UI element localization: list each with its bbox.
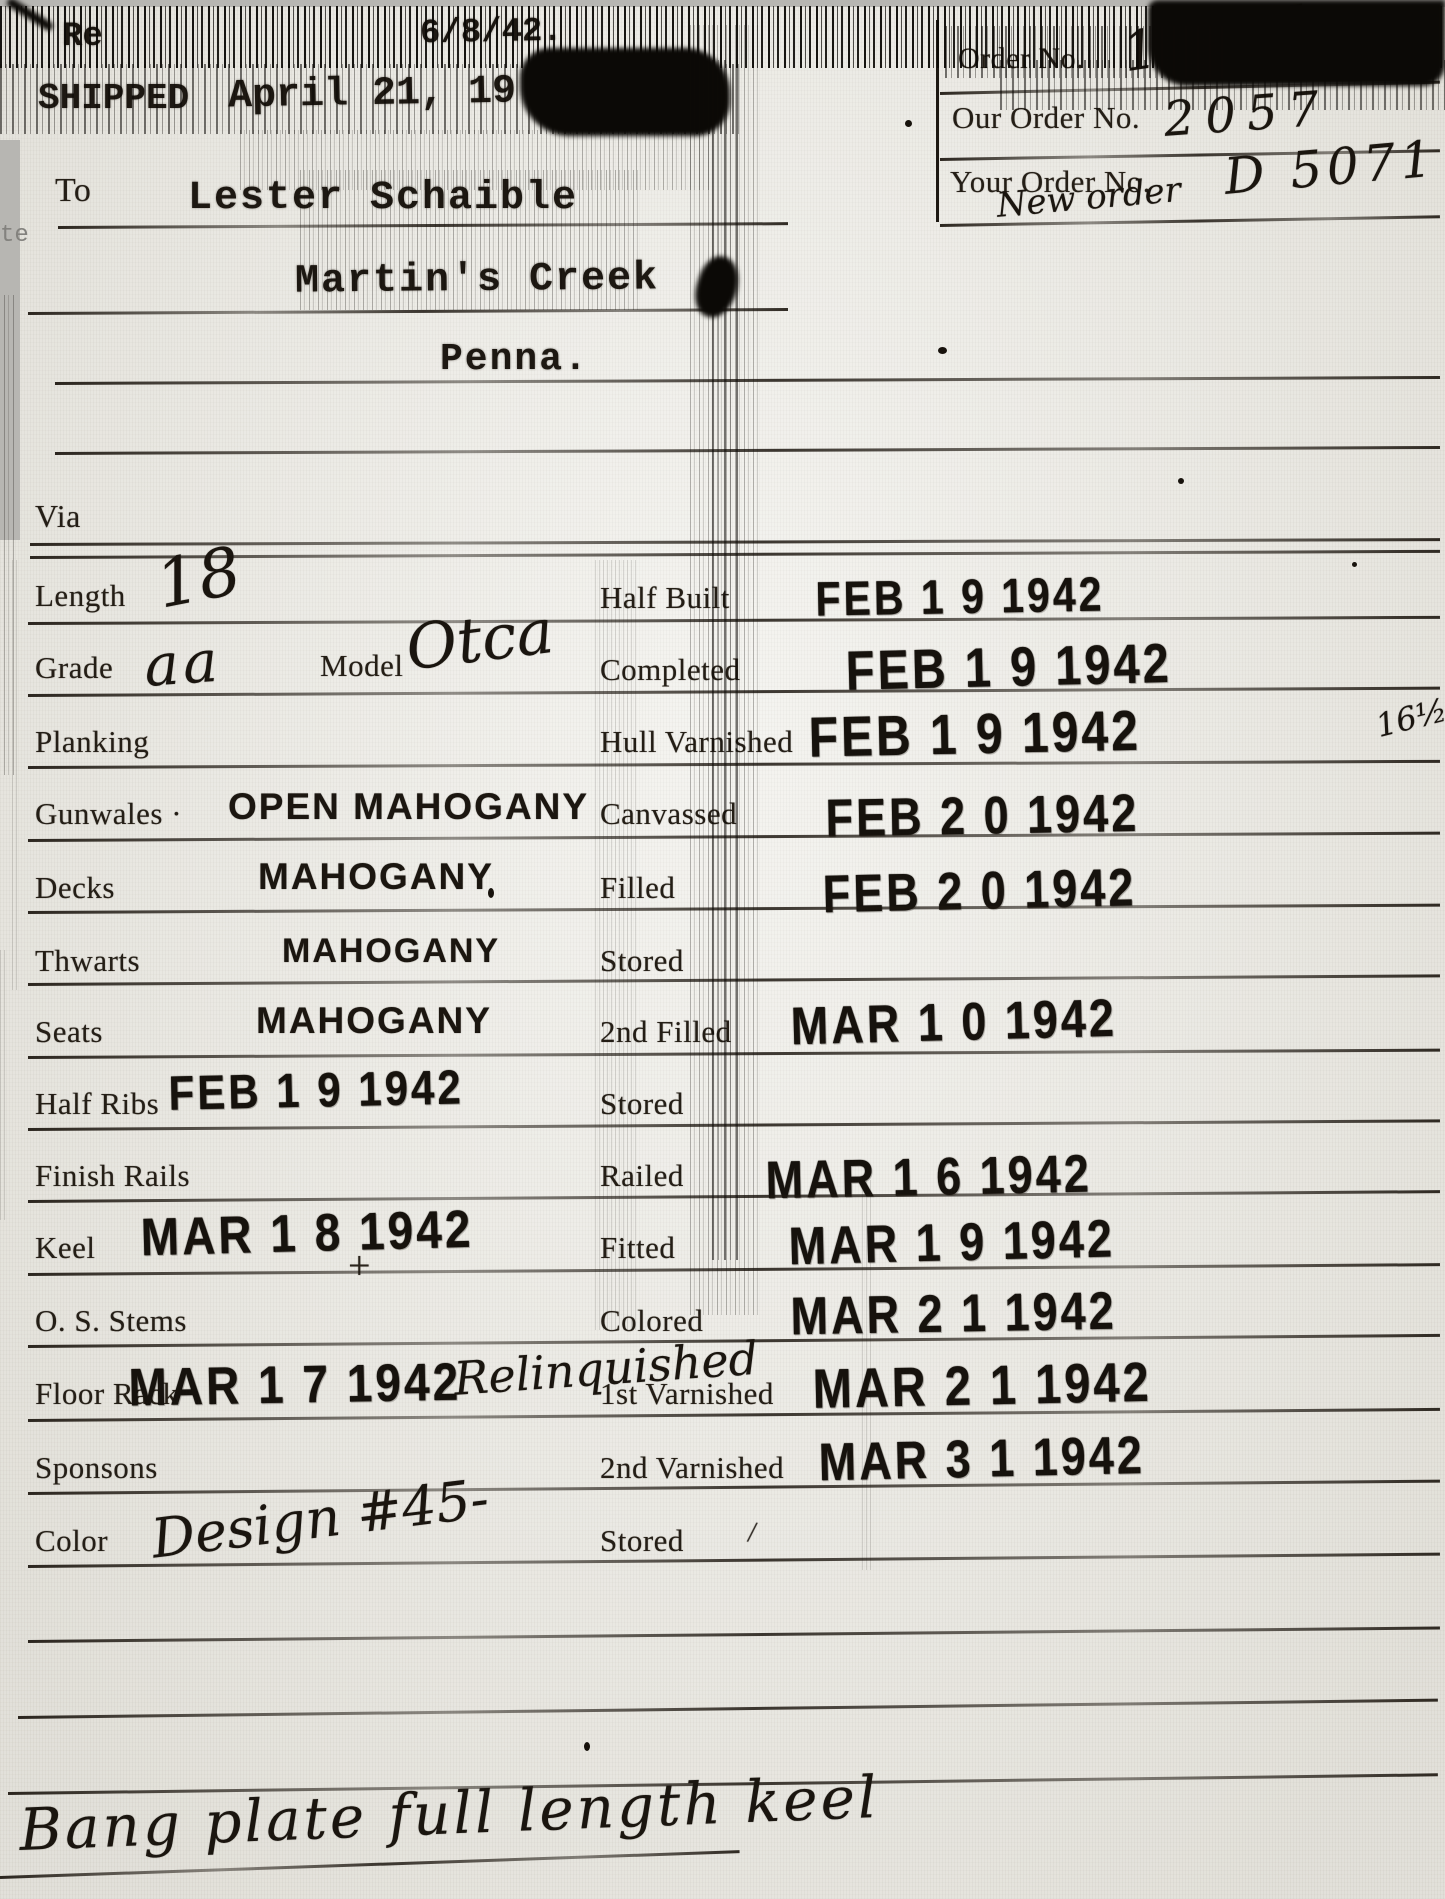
left-edge-streaks-2: [12, 560, 20, 990]
left-edge-streaks-3: [0, 950, 8, 1220]
half-ribs-label: Half Ribs: [35, 1086, 159, 1122]
second-filled-stamp: MAR 1 0 1942: [790, 987, 1118, 1057]
color-value: Design #45-: [148, 1467, 492, 1571]
blank-line-3: [18, 1699, 1438, 1719]
hull-varnished-handwriting: 16½: [1372, 691, 1445, 745]
model-value: Otca: [402, 594, 557, 684]
seats-label: Seats: [35, 1014, 103, 1050]
keel-stamp: MAR 1 8 1942: [140, 1197, 474, 1268]
sponsons-label: Sponsons: [35, 1450, 158, 1486]
toner-smudge-upper-mid: [300, 170, 640, 310]
canvassed-stamp: FEB 2 0 1942: [825, 783, 1140, 850]
filled-stamp: FEB 2 0 1942: [822, 857, 1137, 925]
first-varnished-label: 1st Varnished: [600, 1376, 774, 1412]
stored-tick-mark: /: [746, 1516, 759, 1551]
half-ribs-stamp: FEB 1 9 1942: [168, 1060, 464, 1121]
length-value: 18: [150, 532, 247, 624]
gunwales-value: OPEN MAHOGANY: [228, 786, 589, 828]
background-text-fragment: te: [0, 222, 29, 249]
seats-value: MAHOGANY: [256, 1000, 492, 1042]
thwarts-label: Thwarts: [35, 943, 140, 979]
ink-speck: [905, 120, 912, 127]
registration-mark: +: [348, 1242, 371, 1289]
ink-speck: [488, 888, 494, 898]
os-stems-label: O. S. Stems: [35, 1303, 187, 1339]
via-label: Via: [35, 498, 81, 535]
grade-label: Grade: [35, 650, 113, 686]
length-label: Length: [35, 578, 126, 614]
keel-label: Keel: [35, 1230, 96, 1266]
railed-stamp: MAR 1 6 1942: [765, 1143, 1092, 1211]
second-varnished-label: 2nd Varnished: [600, 1450, 784, 1486]
center-streak-core: [712, 60, 738, 1260]
gunwales-label: Gunwales ·: [35, 796, 182, 832]
footer-note: Bang plate full length keel: [18, 1763, 881, 1864]
right-label-streak: [595, 560, 637, 1330]
toner-smudge-order-label: [945, 26, 1225, 78]
to-label: To: [55, 172, 91, 210]
recipient-state: Penna.: [440, 338, 589, 381]
floor-rack-stamp: MAR 1 7 1942: [128, 1350, 462, 1418]
model-label: Model: [320, 648, 403, 684]
thwarts-value: MAHOGANY: [282, 932, 500, 971]
finish-rails-label: Finish Rails: [35, 1158, 190, 1194]
blank-line-2: [28, 1626, 1440, 1643]
decks-value: MAHOGANY: [258, 856, 494, 898]
ink-speck: [1178, 478, 1184, 484]
lower-right-streak: [862, 1180, 872, 1570]
ink-speck: [938, 347, 947, 354]
planking-label: Planking: [35, 724, 149, 760]
grade-value: aa: [142, 627, 224, 700]
stored-label-3: Stored: [600, 1523, 684, 1559]
decks-label: Decks: [35, 870, 115, 906]
ink-speck: [1352, 562, 1357, 567]
scanned-build-record: te Re 6/8/42. SHIPPED April 21, 19 Order…: [0, 0, 1445, 1899]
ink-speck: [584, 1742, 590, 1751]
hull-varnished-stamp: FEB 1 9 1942: [808, 699, 1141, 771]
color-label: Color: [35, 1523, 108, 1559]
